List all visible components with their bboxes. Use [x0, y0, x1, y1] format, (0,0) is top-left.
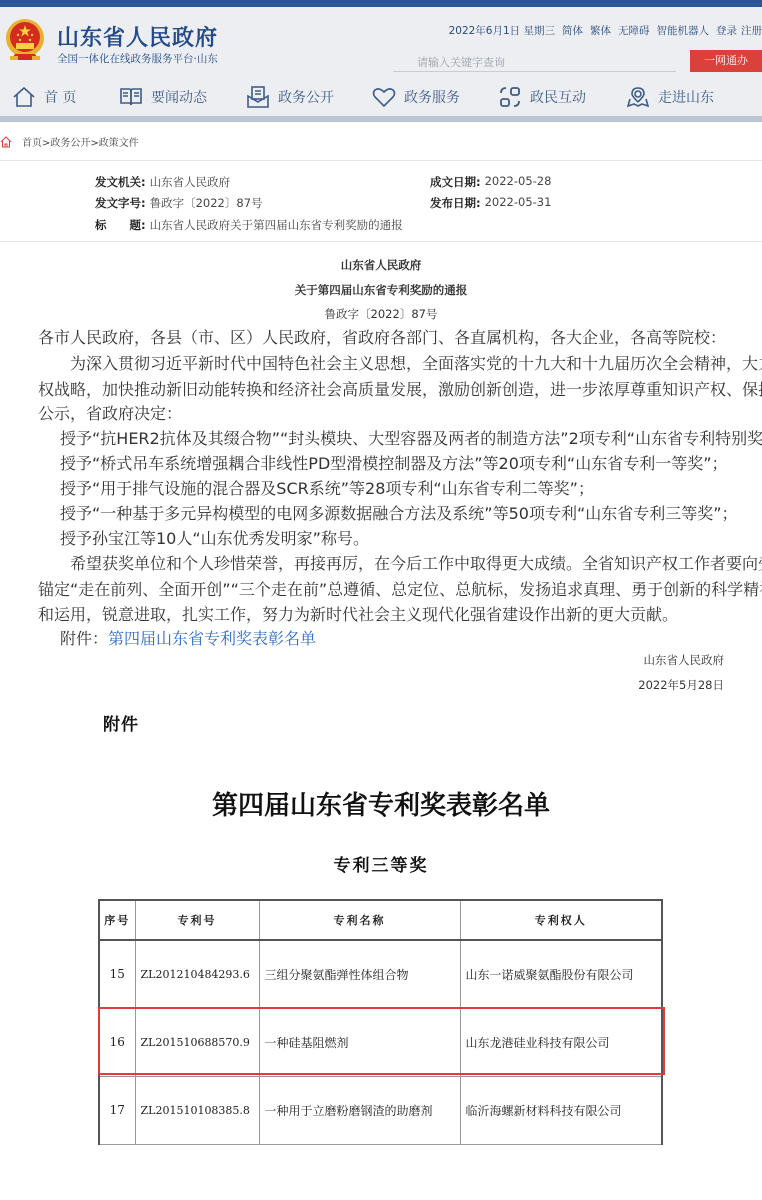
- cell-patent-name: 一种用于立磨粉磨钢渣的助磨剂: [259, 1076, 460, 1144]
- breadcrumb: 首页>政务公开>政策文件: [0, 134, 139, 149]
- home-icon: [0, 136, 12, 148]
- doc-number: 鲁政字〔2022〕87号: [0, 306, 762, 322]
- doc-org: 山东省人民政府: [0, 257, 762, 273]
- table-header-row: 序号 专利号 专利名称 专利权人: [99, 900, 662, 940]
- main-nav: 首 页 要闻动态 政务公开 政务服务 政民互动 走进山东: [0, 75, 762, 122]
- heart-icon: [372, 85, 396, 109]
- doc-no-value: 鲁政字〔2022〕87号: [150, 195, 263, 211]
- award-item: 授予“一种基于多元异构模型的电网多源数据融合方法及系统”等50项专利“山东省专利…: [60, 502, 760, 525]
- national-emblem-icon: [4, 18, 46, 66]
- attachment-link[interactable]: 第四届山东省专利奖表彰名单: [108, 629, 316, 648]
- cell-holder: 山东龙港硅业科技有限公司: [460, 1008, 662, 1076]
- cell-patent-name: 三组分聚氨酯弹性体组合物: [259, 940, 460, 1008]
- cell-no: 15: [99, 940, 135, 1008]
- top-links: 2022年6月1日 星期三 简体 繁体 无障碍 智能机器人 登录 注册: [449, 23, 762, 38]
- award-item: 授予“桥式吊车系统增强耦合非线性PD型滑模控制器及方法”等20项专利“山东省专利…: [60, 452, 760, 475]
- simplified-link[interactable]: 简体: [562, 23, 583, 38]
- nav-item-services[interactable]: 政务服务: [372, 85, 460, 109]
- doc-heading: 关于第四届山东省专利奖励的通报: [0, 282, 762, 298]
- patent-table: 序号 专利号 专利名称 专利权人 15 ZL201210484293.6 三组分…: [98, 899, 663, 1145]
- cell-patent-name: 一种硅基阻燃剂: [259, 1008, 460, 1076]
- home-icon: [12, 85, 36, 109]
- cell-holder: 临沂海螺新材料科技有限公司: [460, 1076, 662, 1144]
- nav-label: 要闻动态: [151, 87, 207, 107]
- paragraph-line: 为深入贯彻习近平新时代中国特色社会主义思想，全面落实党的十九大和十九届历次全会精…: [38, 352, 738, 375]
- document-meta: 发文机关:山东省人民政府 发文字号:鲁政字〔2022〕87号 标 题:山东省人民…: [0, 160, 762, 242]
- written-date-label: 成文日期:: [430, 174, 481, 190]
- accessibility-link[interactable]: 无障碍: [618, 23, 650, 38]
- nav-label: 首 页: [44, 87, 76, 107]
- cell-patent-id: ZL201510688570.9: [135, 1008, 259, 1076]
- cell-no: 16: [99, 1008, 135, 1076]
- addressees: 各市人民政府，各县（市、区）人民政府，省政府各部门、各直属机构，各大企业，各高等…: [38, 326, 738, 349]
- header-holder: 专利权人: [460, 900, 662, 940]
- published-date-value: 2022-05-31: [485, 195, 552, 211]
- register-link[interactable]: 注册: [741, 23, 762, 38]
- nav-item-home[interactable]: 首 页: [12, 85, 76, 109]
- nav-item-interaction[interactable]: 政民互动: [498, 85, 586, 109]
- nav-label: 政务公开: [278, 87, 334, 107]
- header-patent-name: 专利名称: [259, 900, 460, 940]
- nav-label: 政民互动: [530, 87, 586, 107]
- top-bar: [0, 0, 762, 7]
- robot-link[interactable]: 智能机器人: [657, 23, 710, 38]
- paragraph-line: 锚定“走在前列、全面开创”“三个走在前”总遵循、总定位、总航标，发扬追求真理、勇…: [38, 578, 738, 601]
- nav-item-news[interactable]: 要闻动态: [119, 85, 207, 109]
- published-date-label: 发布日期:: [430, 195, 481, 211]
- traditional-link[interactable]: 繁体: [590, 23, 611, 38]
- site-title[interactable]: 山东省人民政府: [57, 21, 218, 52]
- search-input[interactable]: 请输入关键字查询: [393, 48, 676, 72]
- award-item: 授予“用于排气设施的混合器及SCR系统”等28项专利“山东省专利二等奖”；: [60, 477, 760, 500]
- nav-label: 政务服务: [404, 87, 460, 107]
- paragraph-line: 希望获奖单位和个人珍惜荣誉，再接再厉，在今后工作中取得更大成绩。全省知识产权工作…: [38, 552, 738, 575]
- paragraph-line: 和运用，锐意进取，扎实工作，努力为新时代社会主义现代化强省建设作出新的更大贡献。: [38, 603, 738, 626]
- document-envelope-icon: [246, 85, 270, 109]
- signature-org: 山东省人民政府: [0, 652, 762, 668]
- breadcrumb-path[interactable]: 首页>政务公开>政策文件: [22, 134, 139, 149]
- cell-patent-id: ZL201510108385.8: [135, 1076, 259, 1144]
- paragraph-line: 公示，省政府决定：: [38, 402, 738, 425]
- doc-no-label: 发文字号:: [95, 195, 146, 211]
- signature-date: 2022年5月28日: [0, 677, 762, 693]
- table-row: 17 ZL201510108385.8 一种用于立磨粉磨钢渣的助磨剂 临沂海螺新…: [99, 1076, 662, 1144]
- login-link[interactable]: 登录: [716, 23, 737, 38]
- attachment-label: 附件：: [60, 629, 108, 648]
- cell-holder: 山东一诺威聚氨酯股份有限公司: [460, 940, 662, 1008]
- current-date: 2022年6月1日 星期三: [449, 23, 555, 38]
- paragraph-line: 权战略，加快推动新旧动能转换和经济社会高质量发展，激励创新创造，进一步浓厚尊重知…: [38, 378, 738, 401]
- table-row: 15 ZL201210484293.6 三组分聚氨酯弹性体组合物 山东一诺威聚氨…: [99, 940, 662, 1008]
- attachment-line: 附件：第四届山东省专利奖表彰名单: [60, 627, 760, 650]
- book-icon: [119, 85, 143, 109]
- one-web-button[interactable]: 一网通办: [690, 50, 762, 72]
- table-row: 16 ZL201510688570.9 一种硅基阻燃剂 山东龙港硅业科技有限公司: [99, 1008, 662, 1076]
- title-value: 山东省人民政府关于第四届山东省专利奖励的通报: [150, 217, 403, 233]
- award-level-title: 专利三等奖: [0, 851, 762, 876]
- header-no: 序号: [99, 900, 135, 940]
- cell-no: 17: [99, 1076, 135, 1144]
- nav-item-open-affairs[interactable]: 政务公开: [246, 85, 334, 109]
- attachment-heading: 附件: [103, 710, 139, 735]
- title-label: 标 题:: [95, 217, 146, 233]
- cell-patent-id: ZL201210484293.6: [135, 940, 259, 1008]
- site-subtitle: 全国一体化在线政务服务平台·山东: [57, 51, 218, 66]
- list-title: 第四届山东省专利奖表彰名单: [0, 785, 762, 822]
- header-patent-id: 专利号: [135, 900, 259, 940]
- map-pin-icon: [626, 85, 650, 109]
- issuer-value: 山东省人民政府: [150, 174, 231, 190]
- nav-label: 走进山东: [658, 87, 714, 107]
- nav-item-about[interactable]: 走进山东: [626, 85, 714, 109]
- award-item: 授予孙宝江等10人“山东优秀发明家”称号。: [60, 527, 760, 550]
- written-date-value: 2022-05-28: [485, 174, 552, 190]
- site-header: 山东省人民政府 全国一体化在线政务服务平台·山东 2022年6月1日 星期三 简…: [0, 7, 762, 75]
- award-item: 授予“抗HER2抗体及其缀合物”“封头模块、大型容器及两者的制造方法”2项专利“…: [60, 427, 760, 450]
- interaction-icon: [498, 85, 522, 109]
- issuer-label: 发文机关:: [95, 174, 146, 190]
